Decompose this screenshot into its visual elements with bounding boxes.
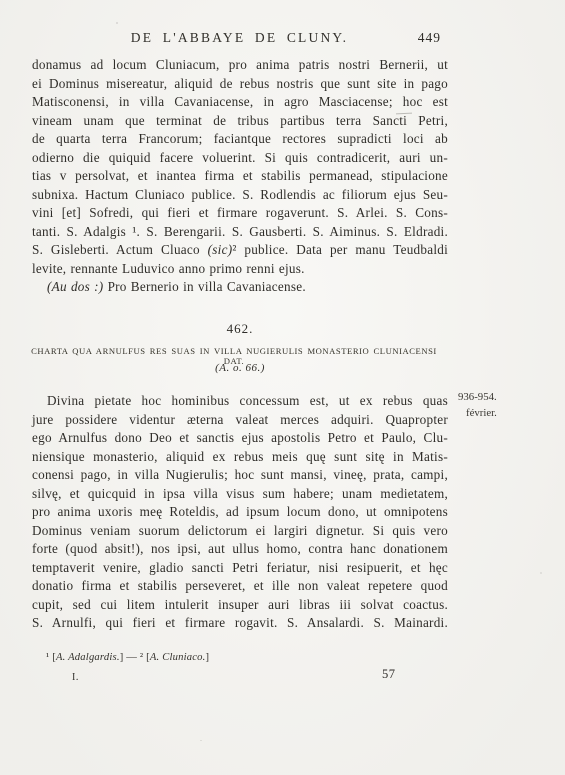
text-line: temptaverit venire, gladio sancti Petri … bbox=[32, 559, 448, 578]
text-segment: ² publice. Data per manu Teudbaldi bbox=[232, 242, 448, 257]
sheet-signature-number: 57 bbox=[382, 667, 396, 682]
footnote-separator: ] — ² [ bbox=[120, 652, 150, 663]
margin-date: 936-954. bbox=[458, 390, 528, 406]
au-dos-note: (Au dos :) Pro Bernerio in villa Cavania… bbox=[32, 278, 448, 297]
text-line: forte (quod absit!), nos ipsi, aut ullus… bbox=[32, 540, 448, 559]
text-line: subnixa. Hactum Cluniaco publice. S. Rod… bbox=[32, 186, 448, 205]
au-dos-label: (Au dos :) bbox=[47, 279, 103, 294]
sic-annotation: (sic) bbox=[208, 242, 233, 257]
text-line: niensique monasterio, aliquid ex rebus m… bbox=[32, 448, 448, 467]
text-line: tanti. S. Adalgis ¹. S. Berengarii. S. G… bbox=[32, 223, 448, 242]
footnote-variant-2: A. Cluniaco. bbox=[150, 652, 206, 663]
text-line: vini [et] Sofredi, qui fieri et firmare … bbox=[32, 204, 448, 223]
running-header: DE L'ABBAYE DE CLUNY. 449 bbox=[32, 30, 447, 48]
text-segment: S. Gisleberti. Actum Cluaco bbox=[32, 242, 208, 257]
text-line: cupit, sed cui litem intulerit insuper a… bbox=[32, 596, 448, 615]
charter-462-body: Divina pietate hoc hominibus concessum e… bbox=[32, 392, 448, 633]
text-line: S. Arnulfi, qui fieri et firmare rogavit… bbox=[32, 614, 448, 633]
text-line: pro anima uxoris meę Roteldis, ad ipsum … bbox=[32, 503, 448, 522]
scanned-book-page: DE L'ABBAYE DE CLUNY. 449 donamus ad loc… bbox=[0, 0, 565, 775]
scan-artifact bbox=[540, 572, 542, 574]
charter-number: 462. bbox=[32, 321, 448, 337]
margin-date-note: 936-954. février. bbox=[458, 390, 528, 421]
text-line: donatio firma et stabilis perseveret, et… bbox=[32, 577, 448, 596]
margin-month: février. bbox=[458, 406, 528, 422]
text-line: de quarta terra Francorum; faciantque re… bbox=[32, 130, 448, 149]
footnote-close: ] bbox=[206, 652, 210, 663]
footnote: ¹ [A. Adalgardis.] — ² [A. Cluniaco.] bbox=[46, 652, 446, 663]
text-line: odierno die quiquid facere voluerint. Si… bbox=[32, 149, 448, 168]
text-line: conensi pago, in villa Nugierulis; hoc s… bbox=[32, 466, 448, 485]
volume-mark: I. bbox=[72, 672, 79, 683]
scan-artifact bbox=[200, 740, 202, 741]
page-number: 449 bbox=[418, 30, 441, 46]
charter-source-reference: (A. o. 66.) bbox=[32, 362, 448, 374]
text-line: silvę, et quicquid in ipsa villa visus s… bbox=[32, 485, 448, 504]
text-line: levite, rennante Luduvico anno primo ren… bbox=[32, 260, 448, 279]
text-segment: Pro Bernerio in villa Cavaniacense. bbox=[103, 279, 305, 294]
text-line: donamus ad locum Cluniacum, pro anima pa… bbox=[32, 56, 448, 75]
text-line: vineam unam que terminat de tribus parti… bbox=[32, 112, 448, 131]
text-line: S. Gisleberti. Actum Cluaco (sic)² publi… bbox=[32, 241, 448, 260]
text-line: Matisconensi, in villa Cavaniacense, in … bbox=[32, 93, 448, 112]
running-header-title: DE L'ABBAYE DE CLUNY. bbox=[32, 30, 447, 46]
scan-artifact bbox=[116, 22, 118, 24]
text-line: Divina pietate hoc hominibus concessum e… bbox=[32, 392, 448, 411]
text-line: jure possidere videntur æterna valeat me… bbox=[32, 411, 448, 430]
footnote-marker: ¹ [ bbox=[46, 652, 56, 663]
text-line: ego Arnulfus dono Deo et sanctis ejus ap… bbox=[32, 429, 448, 448]
text-line: ei Dominus misereatur, aliquid de rebus … bbox=[32, 75, 448, 94]
charter-461-continuation: donamus ad locum Cluniacum, pro anima pa… bbox=[32, 56, 448, 297]
text-line: Dominus veniam suorum delictorum ei larg… bbox=[32, 522, 448, 541]
footnote-variant-1: A. Adalgardis. bbox=[56, 652, 120, 663]
text-line: tias v persolvat, et inantea firma et st… bbox=[32, 167, 448, 186]
